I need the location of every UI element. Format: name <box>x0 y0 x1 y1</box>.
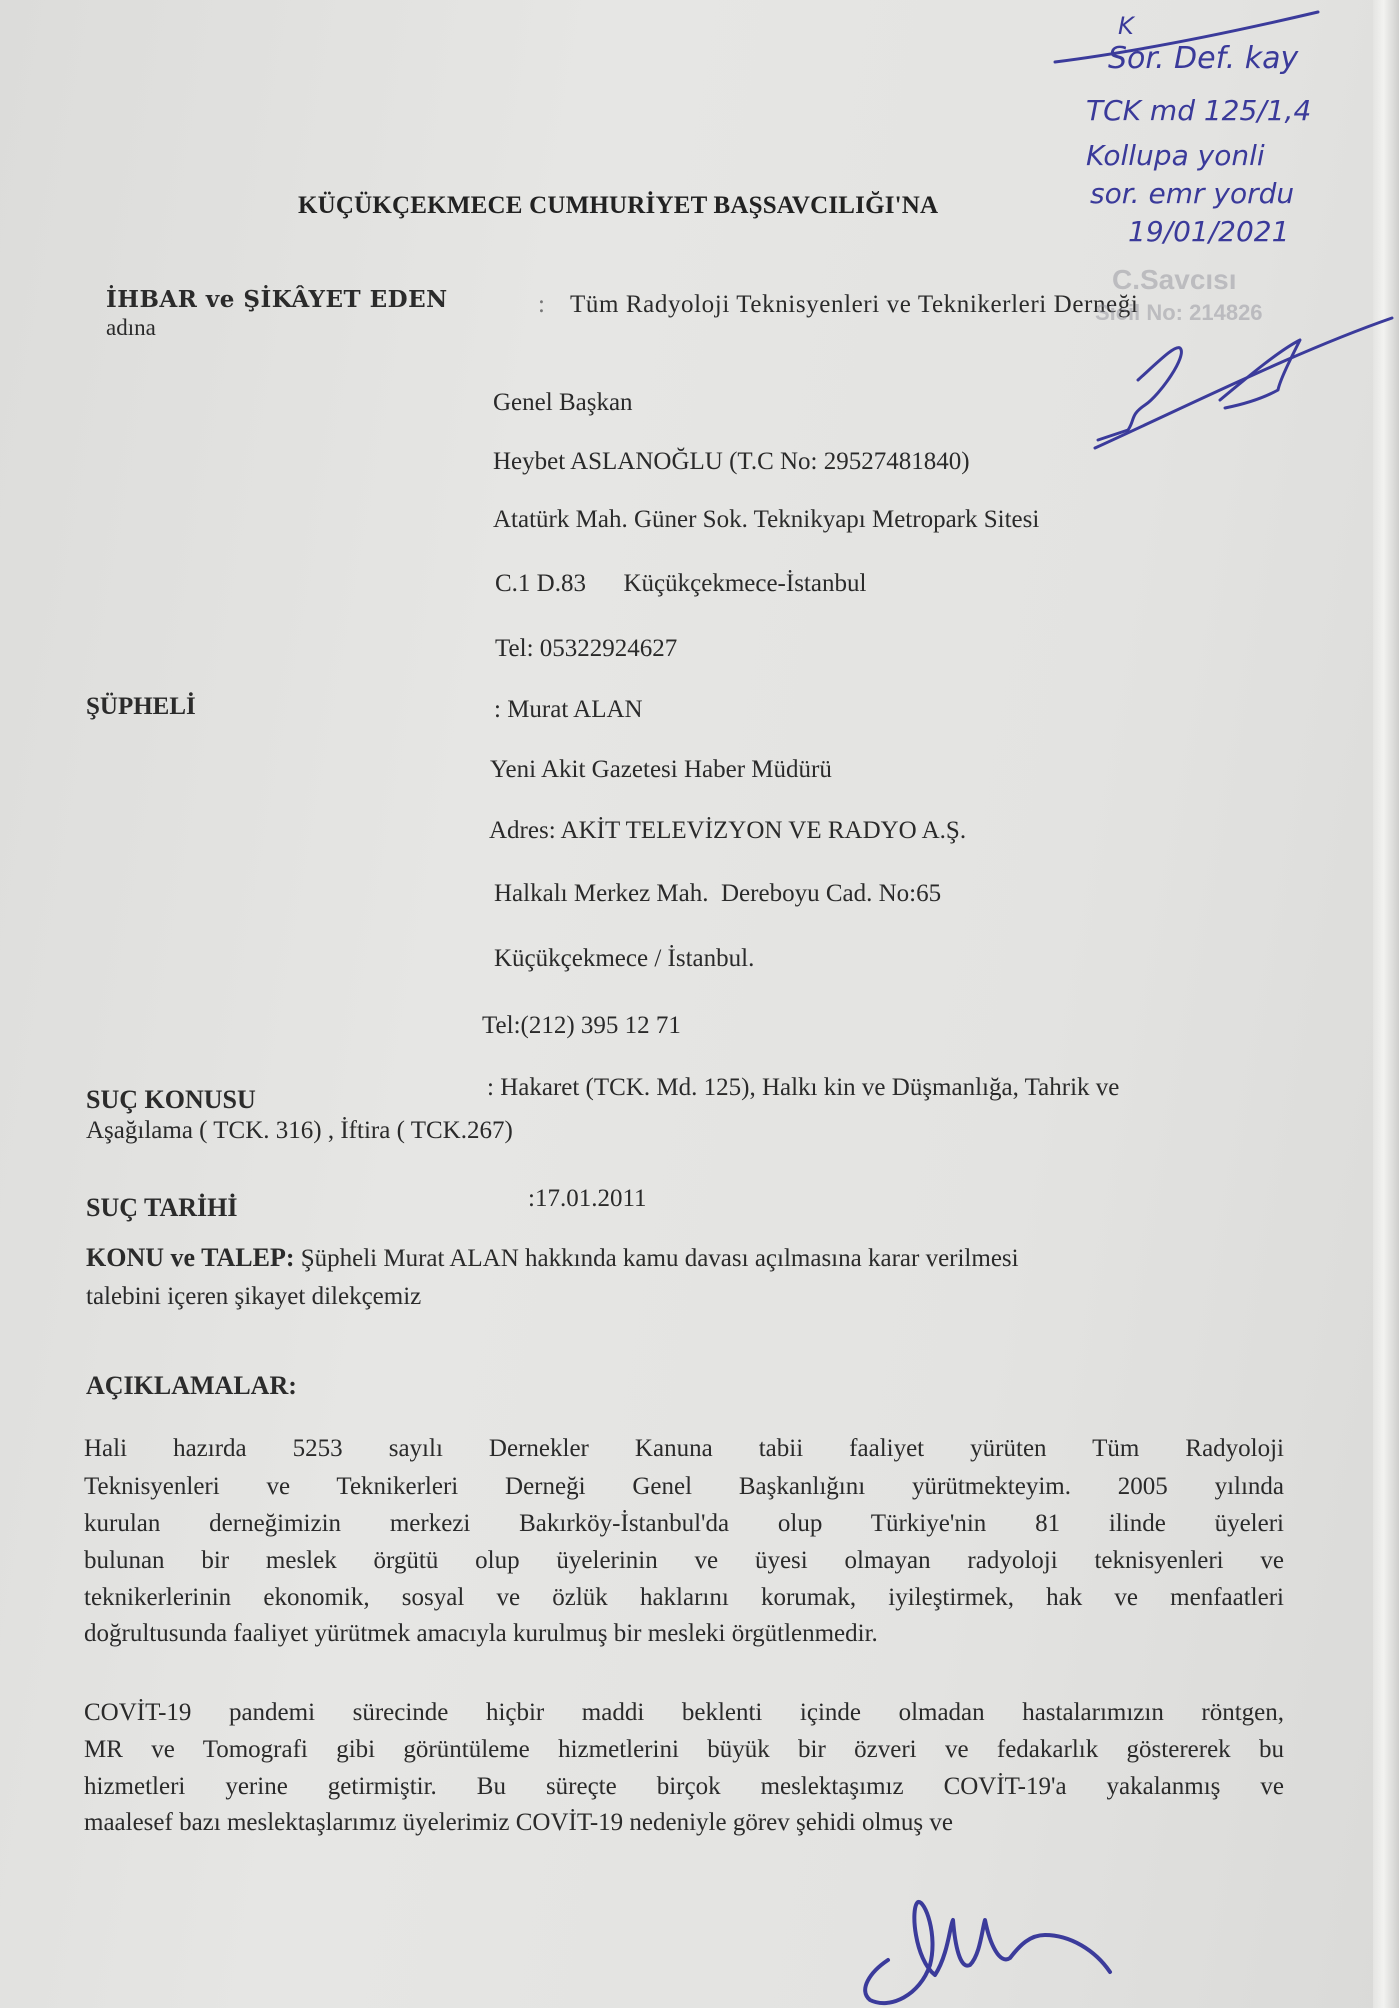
complainant-signature-icon <box>0 0 1399 2008</box>
document-page: KÜÇÜKÇEKMECE CUMHURİYET BAŞSAVCILIĞI'NA … <box>0 0 1399 2008</box>
